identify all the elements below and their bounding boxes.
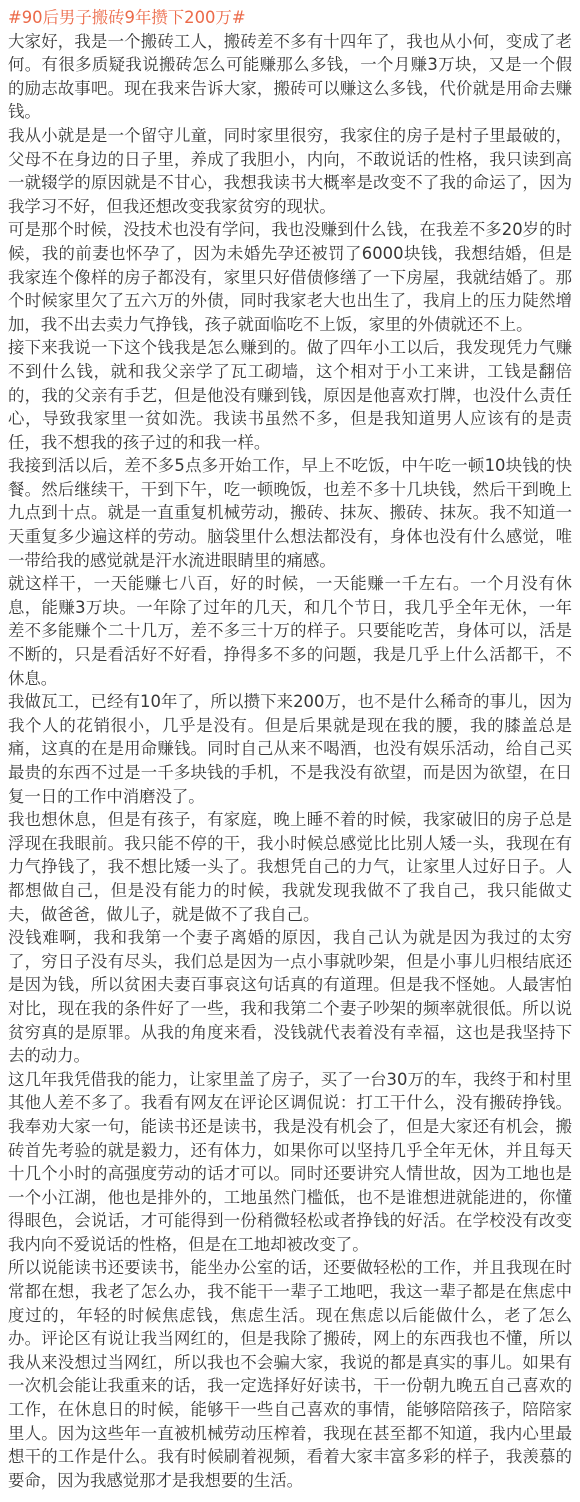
article-paragraph-advice: 这几年我凭借我的能力，让家里盖了房子，买了一台30万的车，我终于和村里其他人差不… xyxy=(8,1068,572,1257)
article-paragraph-savings-cost: 我做瓦工，已经有10年了，所以攒下来200万，也不是什么稀奇的事儿，因为我个人的… xyxy=(8,690,572,808)
topic-hashtag-title[interactable]: #90后男子搬砖9年攒下200万# xyxy=(8,6,572,30)
article-paragraph-divorce-poverty: 没钱难啊，我和我第一个妻子离婚的原因，我自己认为就是因为我过的太穷了，穷日子没有… xyxy=(8,926,572,1068)
article-paragraph-earnings: 就这样干，一天能赚七八百，好的时候，一天能赚一千左右。一个月没有休息，能赚3万块… xyxy=(8,572,572,690)
article-paragraph-family-motivation: 我也想休息，但是有孩子，有家庭，晚上睡不着的时候，我家破旧的房子总是浮现在我眼前… xyxy=(8,808,572,926)
article-paragraph-intro: 大家好，我是一个搬砖工人，搬砖差不多有十四年了，我也从小何，变成了老何。有很多质… xyxy=(8,30,572,124)
article-paragraph-learning-masonry: 接下来我说一下这个钱我是怎么赚到的。做了四年小工以后，我发现凭力气赚不到什么钱，… xyxy=(8,336,572,454)
article-paragraph-marriage-debt: 可是那个时候，没技术也没有学问，我也没赚到什么钱，在我差不多20岁的时候，我的前… xyxy=(8,218,572,336)
article-body: #90后男子搬砖9年攒下200万# 大家好，我是一个搬砖工人，搬砖差不多有十四年… xyxy=(0,0,580,1502)
article-paragraph-daily-routine: 我接到活以后，差不多5点多开始工作，早上不吃饭，中午吃一顿10块钱的快餐。然后继… xyxy=(8,454,572,572)
article-paragraph-reflection: 所以说能读书还要读书，能坐办公室的话，还要做轻松的工作，并且我现在时常都在想，我… xyxy=(8,1256,572,1492)
article-paragraph-childhood: 我从小就是是一个留守儿童，同时家里很穷，我家住的房子是村子里最破的，父母不在身边… xyxy=(8,124,572,218)
